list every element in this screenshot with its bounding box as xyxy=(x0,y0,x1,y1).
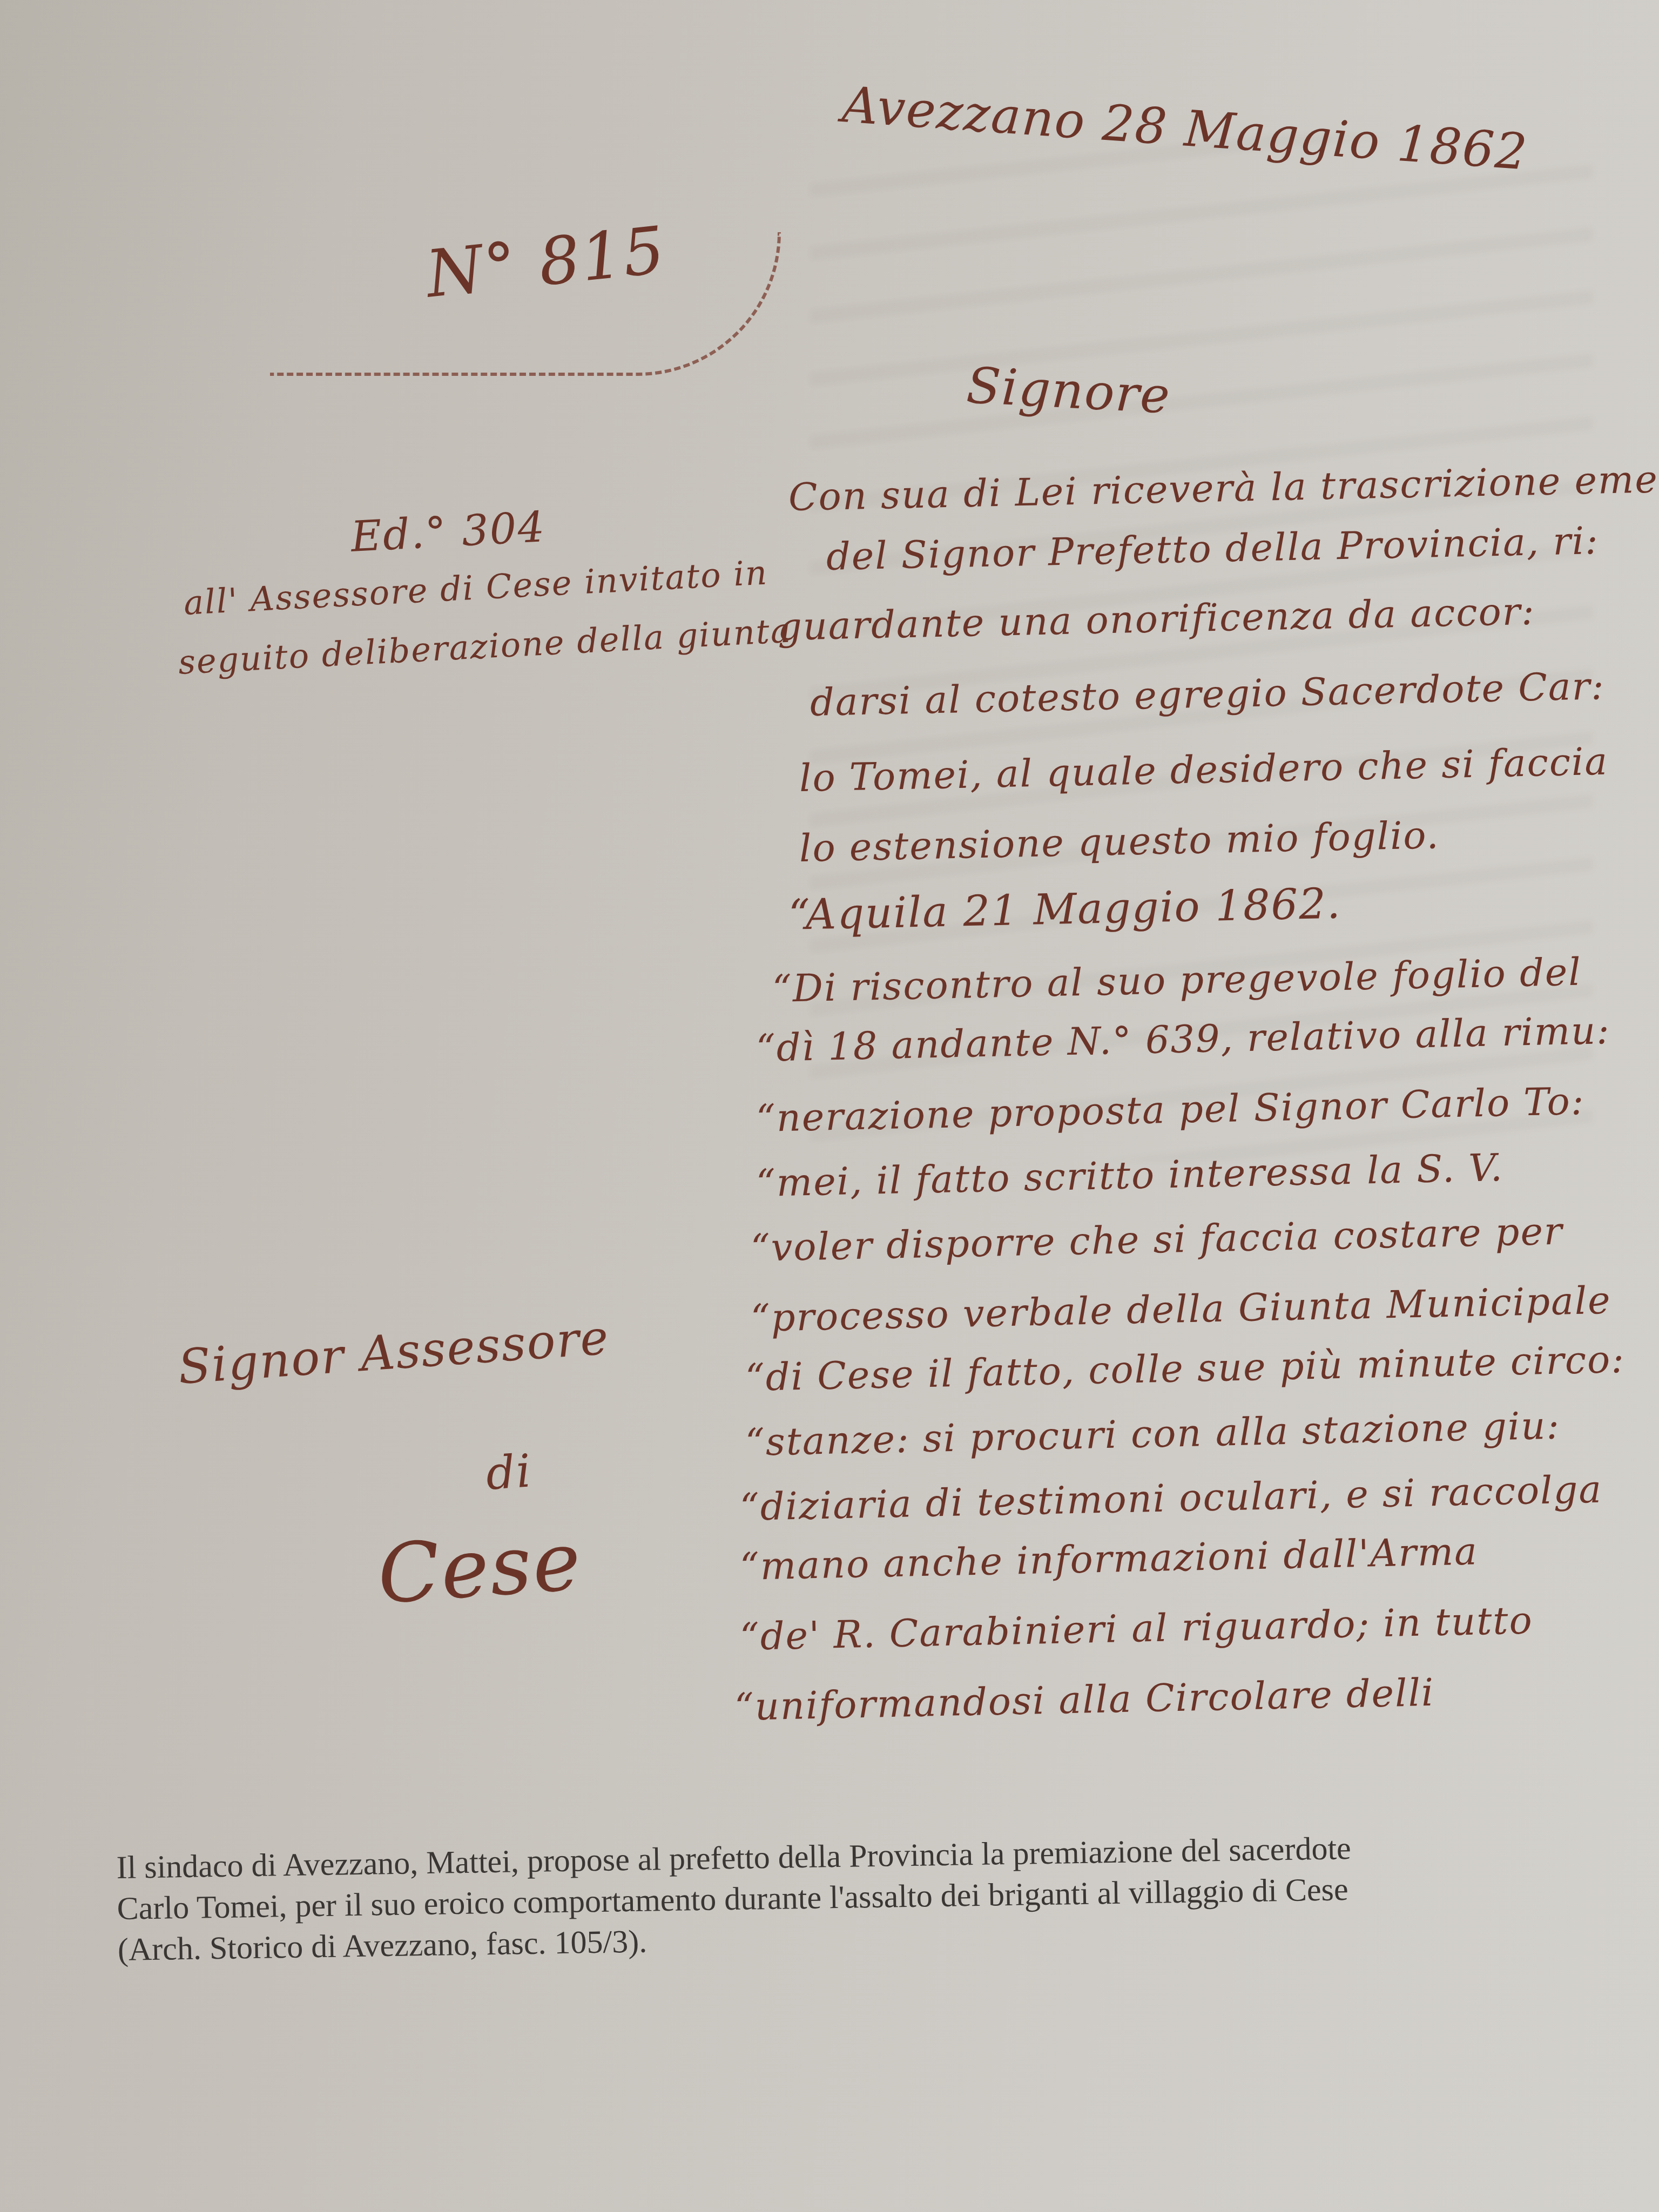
letter-line: “diziaria di testimoni oculari, e si rac… xyxy=(739,1467,1603,1529)
letter-line: “stanze: si procuri con alla stazione gi… xyxy=(745,1403,1561,1465)
letter-line: “uniformandosi alla Circolare delli xyxy=(734,1670,1435,1729)
letter-line: “processo verbale della Giunta Municipal… xyxy=(750,1278,1611,1340)
salutation: Signore xyxy=(965,356,1172,425)
margin-note: seguito deliberazione della giunta xyxy=(177,611,792,682)
addressee-preposition: di xyxy=(484,1444,534,1500)
letter-line: “de' R. Carabinieri al riguardo; in tutt… xyxy=(739,1598,1533,1659)
margin-note: all' Assessore di Cese invitato in xyxy=(183,552,769,623)
letter-line: “di Cese il fatto, colle sue più minute … xyxy=(745,1337,1626,1400)
letter-line: “voler disporre che si faccia costare pe… xyxy=(750,1209,1563,1270)
addressee-place: Cese xyxy=(375,1514,585,1622)
margin-note: Ed.° 304 xyxy=(350,503,547,562)
figure-caption: Il sindaco di Avezzano, Mattei, propose … xyxy=(116,1825,1533,1970)
book-page: Avezzano 28 Maggio 1862 N° 815 Signore E… xyxy=(0,0,1659,2212)
letter-line: “mano anche informazioni dall'Arma xyxy=(739,1529,1478,1589)
addressee-title: Signor Assessore xyxy=(176,1309,611,1395)
